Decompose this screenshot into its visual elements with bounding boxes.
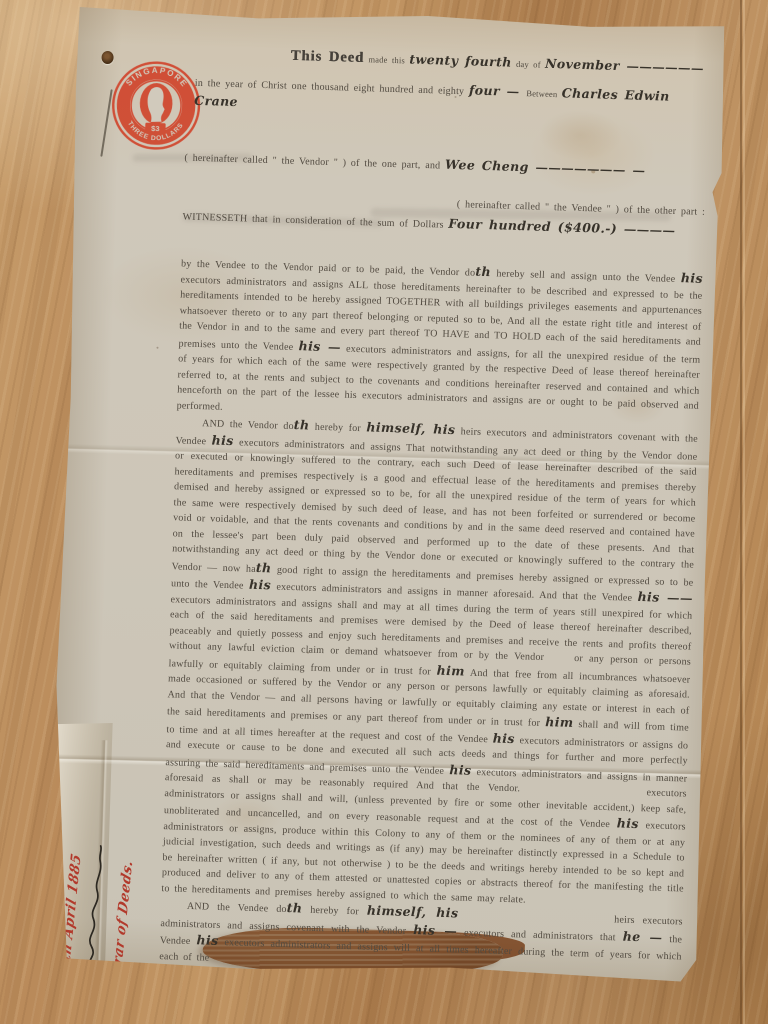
printed-text: hereby sell and assign unto the Vendee (491, 268, 681, 285)
printed-text: WITNESSETH that in consideration of the … (182, 211, 448, 230)
handwritten-text: himself, his (366, 419, 455, 437)
printed-text: executors administrators and assigns, fo… (177, 343, 701, 412)
handwritten-text: four — (469, 82, 527, 99)
handwritten-text: th (294, 417, 310, 432)
printed-text: made this (364, 54, 410, 65)
handwritten-text: November —————— (545, 56, 704, 76)
handwritten-text: his (196, 932, 219, 948)
handwritten-text: Four hundred ($400.-) ———— (448, 216, 675, 238)
stamp-value-text: $3 (151, 124, 160, 133)
blank-gap (520, 791, 638, 795)
printed-text: executors administrators or assigns, pro… (161, 820, 686, 905)
printed-text: executors administrators and assigns ALL… (178, 274, 702, 353)
printed-text: hereby for (302, 905, 367, 918)
printed-text: AND the Vendee do (187, 901, 287, 915)
handwritten-text: th (475, 264, 491, 279)
printed-text: hereby for (309, 422, 366, 435)
handwritten-text: he — (623, 928, 663, 944)
printed-text: AND the Vendor do (202, 418, 294, 432)
blank-gap (544, 660, 568, 661)
deed-title-line: This Deed made this twenty fourth day of… (187, 44, 709, 79)
handwritten-text: his — (298, 338, 341, 354)
handwritten-text: him (545, 714, 574, 730)
handwritten-text: himself, his (367, 903, 459, 921)
wood-plank-seam (740, 0, 742, 1024)
printed-text: ( hereinafter called " the Vendor " ) of… (184, 152, 445, 171)
deed-vendor-line: ( hereinafter called " the Vendor " ) of… (184, 147, 706, 182)
handwritten-text: his — (413, 922, 457, 938)
handwritten-text: his (493, 730, 516, 746)
printed-text: This Deed (290, 48, 364, 66)
blank-gap (458, 917, 606, 922)
handwritten-text: his (249, 577, 272, 593)
deed-paragraph-1: by the Vendee to the Vendor paid or to b… (176, 254, 703, 429)
handwritten-text: his —— (637, 589, 693, 606)
handwritten-text: his (681, 270, 704, 286)
handwritten-text: th (256, 559, 272, 574)
printed-text: executors administrators and assigns Tha… (171, 437, 697, 575)
handwritten-text: his (617, 815, 640, 831)
printed-text: Between (526, 88, 562, 99)
printed-text: executors and administrators that (457, 927, 623, 943)
handwritten-text: th (287, 900, 303, 915)
printed-text: executors administrators and assigns sha… (169, 594, 693, 663)
handwritten-text: his (211, 432, 234, 448)
deed-paper: $3 SINGAPORE THREE DOLLARS This Deed mad… (47, 4, 727, 984)
handwritten-text: his (449, 762, 472, 778)
deed-year-line: in the year of Christ one thousand eight… (186, 73, 709, 127)
handwritten-text: Wee Cheng ——————— — (445, 157, 646, 178)
handwritten-text: twenty fourth (409, 51, 512, 69)
printed-text: day of (512, 59, 546, 70)
deed-paragraph-2: AND the Vendor doth hereby for himself, … (161, 413, 698, 912)
deed-text: This Deed made this twenty fourth day of… (159, 44, 710, 981)
printed-text: ( hereinafter called " the Vendee " ) of… (457, 199, 706, 218)
handwritten-text: him (436, 662, 465, 678)
